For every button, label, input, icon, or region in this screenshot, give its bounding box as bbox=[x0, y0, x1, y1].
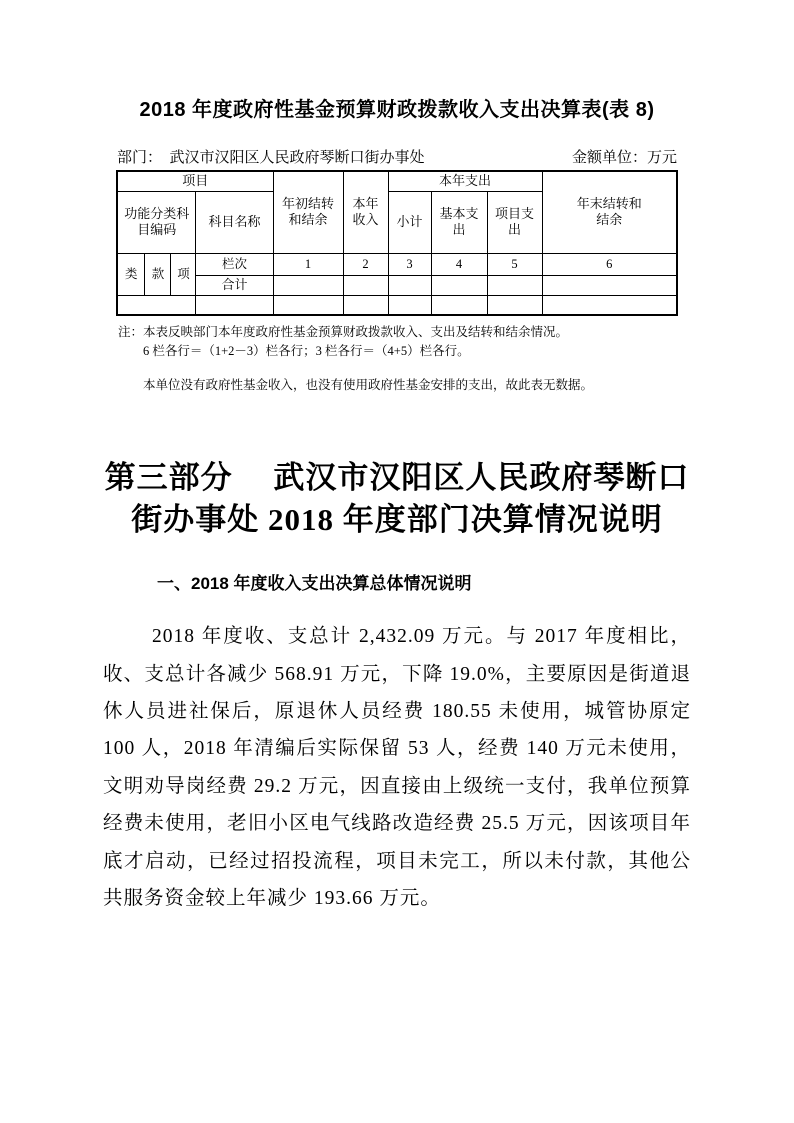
gov-fund-budget-table: 项目 年初结转 和结余 本年 收入 本年支出 年末结转和 结余 功能分类科 目编… bbox=[116, 170, 678, 316]
header-year-income: 本年 收入 bbox=[343, 171, 388, 253]
header-project: 项目 bbox=[117, 171, 273, 191]
empty-subject-cell bbox=[196, 295, 273, 315]
total-cell-6 bbox=[542, 275, 677, 295]
part3-heading-line2: 街办事处 2018 年度部门决算情况说明 bbox=[0, 499, 794, 542]
section1-paragraph: 2018 年度收、支总计 2,432.09 万元。与 2017 年度相比，收、支… bbox=[103, 618, 691, 918]
table-title: 2018 年度政府性基金预算财政拨款收入支出决算表(表 8) bbox=[0, 0, 794, 122]
total-cell-4 bbox=[431, 275, 487, 295]
section1-subheading: 一、2018 年度收入支出决算总体情况说明 bbox=[103, 569, 691, 594]
column-number-5: 5 bbox=[487, 253, 542, 275]
total-cell-2 bbox=[343, 275, 388, 295]
note-line-3: 本单位没有政府性基金收入，也没有使用政府性基金安排的支出，故此表无数据。 bbox=[118, 376, 676, 395]
note-line-2: 6 栏各行＝（1+2－3）栏各行；3 栏各行＝（4+5）栏各行。 bbox=[118, 342, 676, 361]
header-subject-name: 科目名称 bbox=[196, 191, 273, 253]
header-year-expense: 本年支出 bbox=[388, 171, 542, 191]
total-cell-1 bbox=[273, 275, 343, 295]
total-row-label: 合计 bbox=[196, 275, 273, 295]
header-class: 类 bbox=[117, 253, 145, 295]
header-subtotal: 小计 bbox=[388, 191, 431, 253]
part3-heading: 第三部分 武汉市汉阳区人民政府琴断口 街办事处 2018 年度部门决算情况说明 bbox=[0, 457, 794, 543]
column-number-2: 2 bbox=[343, 253, 388, 275]
column-number-6: 6 bbox=[542, 253, 677, 275]
column-number-4: 4 bbox=[431, 253, 487, 275]
empty-code-cell bbox=[117, 295, 196, 315]
empty-data-cell-5 bbox=[487, 295, 542, 315]
empty-data-cell-3 bbox=[388, 295, 431, 315]
header-item: 项 bbox=[171, 253, 196, 295]
column-number-3: 3 bbox=[388, 253, 431, 275]
header-project-expense: 项目支出 bbox=[487, 191, 542, 253]
note-line-1: 注：本表反映部门本年度政府性基金预算财政拨款收入、支出及结转和结余情况。 bbox=[118, 323, 676, 342]
header-column-label: 栏次 bbox=[196, 253, 273, 275]
amount-unit-label: 金额单位：万元 bbox=[572, 146, 677, 167]
table-notes: 注：本表反映部门本年度政府性基金预算财政拨款收入、支出及结转和结余情况。 6 栏… bbox=[118, 323, 676, 394]
table-meta-row: 部门： 武汉市汉阳区人民政府琴断口街办事处 金额单位：万元 bbox=[117, 146, 677, 167]
empty-data-cell-4 bbox=[431, 295, 487, 315]
empty-data-cell-1 bbox=[273, 295, 343, 315]
department-label: 部门： 武汉市汉阳区人民政府琴断口街办事处 bbox=[117, 146, 425, 167]
empty-data-cell-6 bbox=[542, 295, 677, 315]
column-number-1: 1 bbox=[273, 253, 343, 275]
header-basic-expense: 基本支出 bbox=[431, 191, 487, 253]
header-func-code: 功能分类科 目编码 bbox=[117, 191, 196, 253]
total-cell-3 bbox=[388, 275, 431, 295]
document-page: 2018 年度政府性基金预算财政拨款收入支出决算表(表 8) 部门： 武汉市汉阳… bbox=[0, 0, 794, 1123]
header-begin-balance: 年初结转 和结余 bbox=[273, 171, 343, 253]
header-end-balance: 年末结转和 结余 bbox=[542, 171, 677, 253]
header-section: 款 bbox=[145, 253, 171, 295]
empty-data-cell-2 bbox=[343, 295, 388, 315]
total-cell-5 bbox=[487, 275, 542, 295]
part3-heading-line1: 第三部分 武汉市汉阳区人民政府琴断口 bbox=[0, 457, 794, 500]
